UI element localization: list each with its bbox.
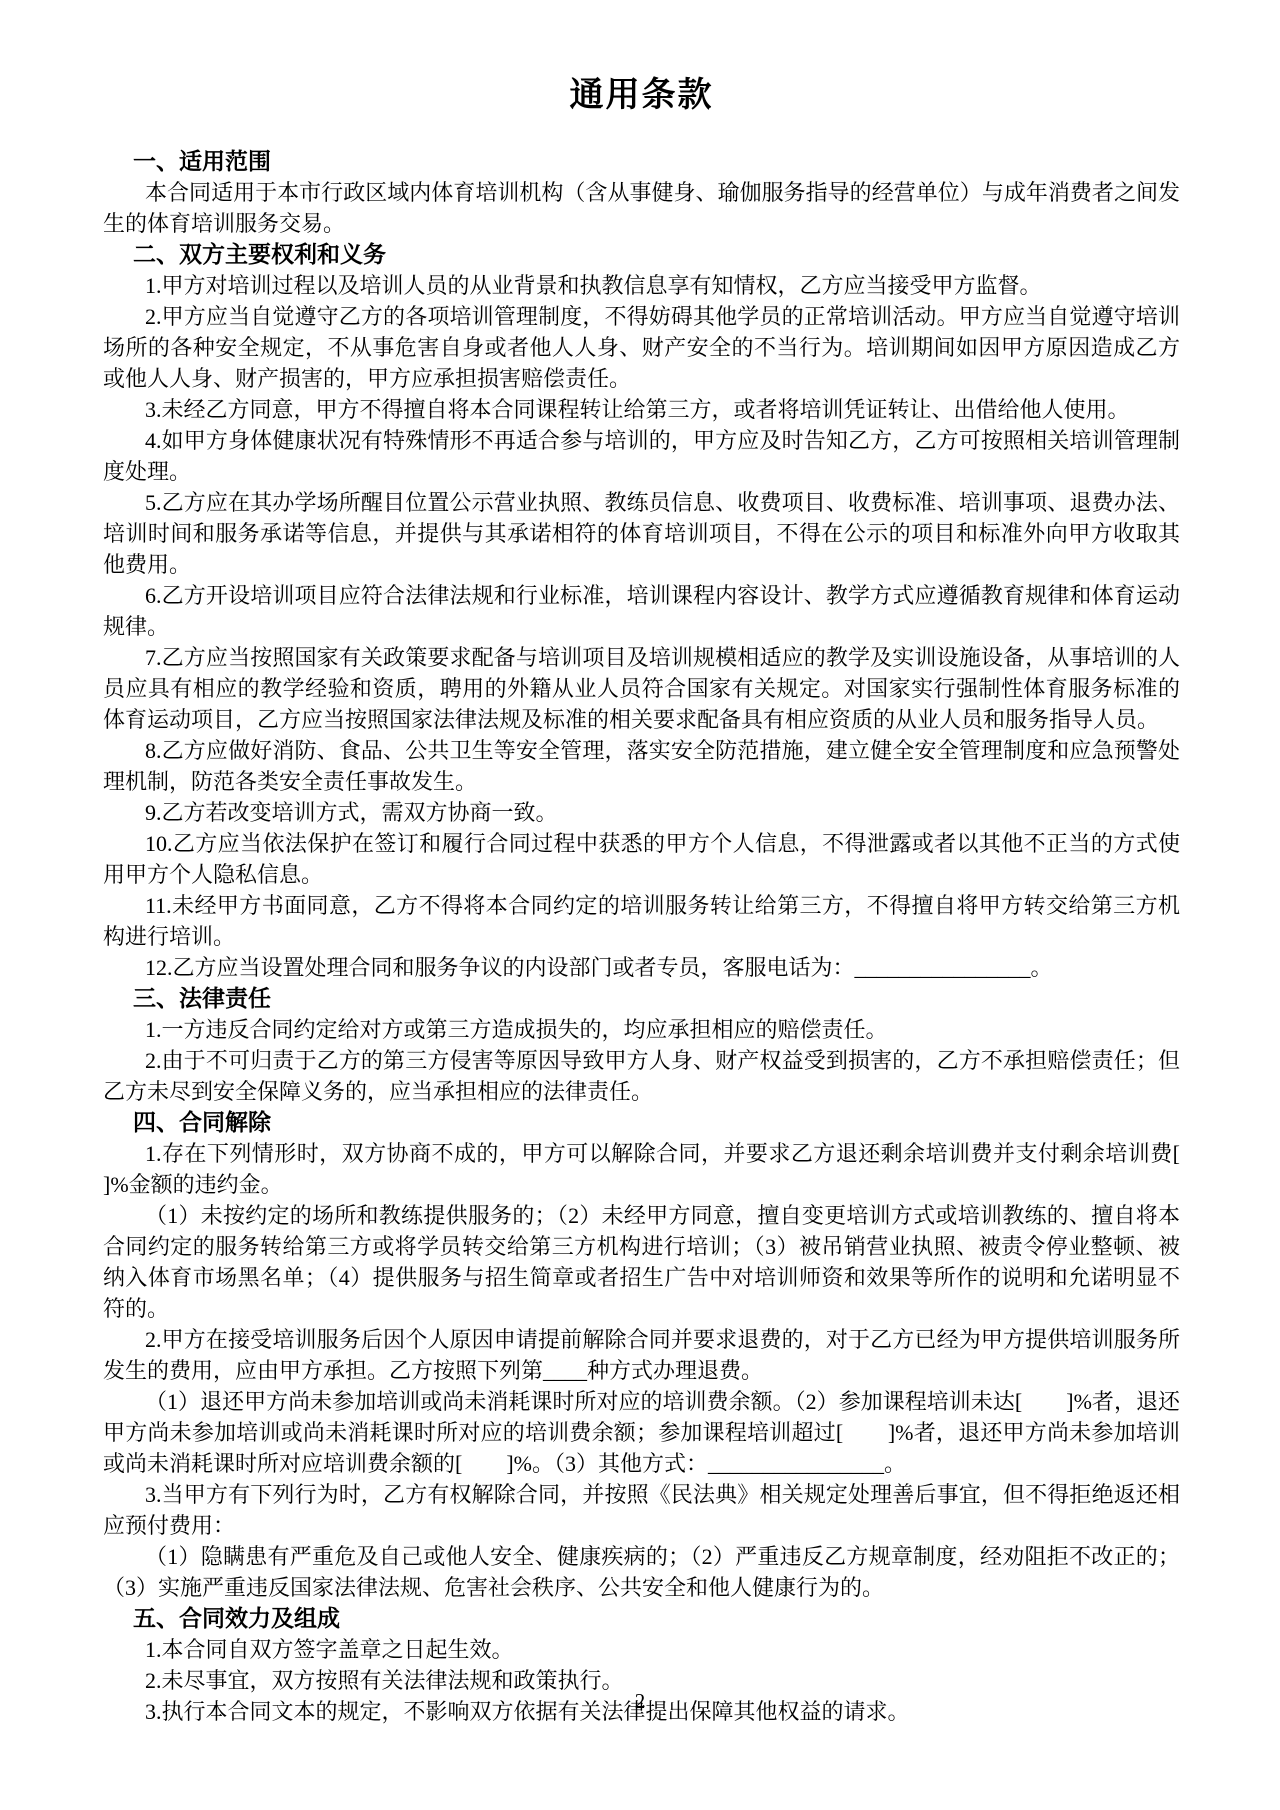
paragraph: 1.甲方对培训过程以及培训人员的从业背景和执教信息享有知情权，乙方应当接受甲方监…: [103, 270, 1180, 301]
paragraph: 8.乙方应做好消防、食品、公共卫生等安全管理，落实安全防范措施，建立健全安全管理…: [103, 735, 1180, 797]
paragraph: 本合同适用于本市行政区域内体育培训机构（含从事健身、瑜伽服务指导的经营单位）与成…: [103, 177, 1180, 239]
paragraph: 1.本合同自双方签字盖章之日起生效。: [103, 1634, 1180, 1665]
paragraph: （1）隐瞒患有严重危及自己或他人安全、健康疾病的；（2）严重违反乙方规章制度，经…: [103, 1541, 1180, 1603]
paragraph: 1.一方违反合同约定给对方或第三方造成损失的，均应承担相应的赔偿责任。: [103, 1014, 1180, 1045]
heading-legal-liability: 三、法律责任: [103, 983, 1180, 1014]
heading-contract-effect: 五、合同效力及组成: [103, 1603, 1180, 1634]
paragraph: 3.未经乙方同意，甲方不得擅自将本合同课程转让给第三方，或者将培训凭证转让、出借…: [103, 394, 1180, 425]
heading-rights-obligations: 二、双方主要权利和义务: [103, 239, 1180, 270]
paragraph: 7.乙方应当按照国家有关政策要求配备与培训项目及培训规模相适应的教学及实训设施设…: [103, 642, 1180, 735]
page-number: 2: [0, 1689, 1280, 1714]
paragraph: （1）未按约定的场所和教练提供服务的；（2）未经甲方同意，擅自变更培训方式或培训…: [103, 1200, 1180, 1324]
paragraph: 2.甲方应当自觉遵守乙方的各项培训管理制度，不得妨碍其他学员的正常培训活动。甲方…: [103, 301, 1180, 394]
heading-applicable-scope: 一、适用范围: [103, 146, 1180, 177]
paragraph: 6.乙方开设培训项目应符合法律法规和行业标准，培训课程内容设计、教学方式应遵循教…: [103, 580, 1180, 642]
paragraph: 5.乙方应在其办学场所醒目位置公示营业执照、教练员信息、收费项目、收费标准、培训…: [103, 487, 1180, 580]
paragraph: 2.由于不可归责于乙方的第三方侵害等原因导致甲方人身、财产权益受到损害的，乙方不…: [103, 1045, 1180, 1107]
paragraph: 10.乙方应当依法保护在签订和履行合同过程中获悉的甲方个人信息，不得泄露或者以其…: [103, 828, 1180, 890]
paragraph-penalty-percent-blank: 1.存在下列情形时，双方协商不成的，甲方可以解除合同，并要求乙方退还剩余培训费并…: [103, 1138, 1180, 1200]
heading-contract-termination: 四、合同解除: [103, 1107, 1180, 1138]
paragraph: 4.如甲方身体健康状况有特殊情形不再适合参与培训的，甲方应及时告知乙方，乙方可按…: [103, 425, 1180, 487]
paragraph: 9.乙方若改变培训方式，需双方协商一致。: [103, 797, 1180, 828]
paragraph: 11.未经甲方书面同意，乙方不得将本合同约定的培训服务转让给第三方，不得擅自将甲…: [103, 890, 1180, 952]
document-title: 通用条款: [103, 70, 1180, 122]
paragraph-refund-percent-blanks: （1）退还甲方尚未参加培训或尚未消耗课时所对应的培训费余额。（2）参加课程培训未…: [103, 1386, 1180, 1479]
paragraph-customer-service-phone-blank: 12.乙方应当设置处理合同和服务争议的内设部门或者专员，客服电话为：______…: [103, 952, 1180, 983]
paragraph: 3.当甲方有下列行为时，乙方有权解除合同，并按照《民法典》相关规定处理善后事宜，…: [103, 1479, 1180, 1541]
document-page: 通用条款 一、适用范围 本合同适用于本市行政区域内体育培训机构（含从事健身、瑜伽…: [0, 0, 1280, 1810]
paragraph-refund-method-blank: 2.甲方在接受培训服务后因个人原因申请提前解除合同并要求退费的，对于乙方已经为甲…: [103, 1324, 1180, 1386]
